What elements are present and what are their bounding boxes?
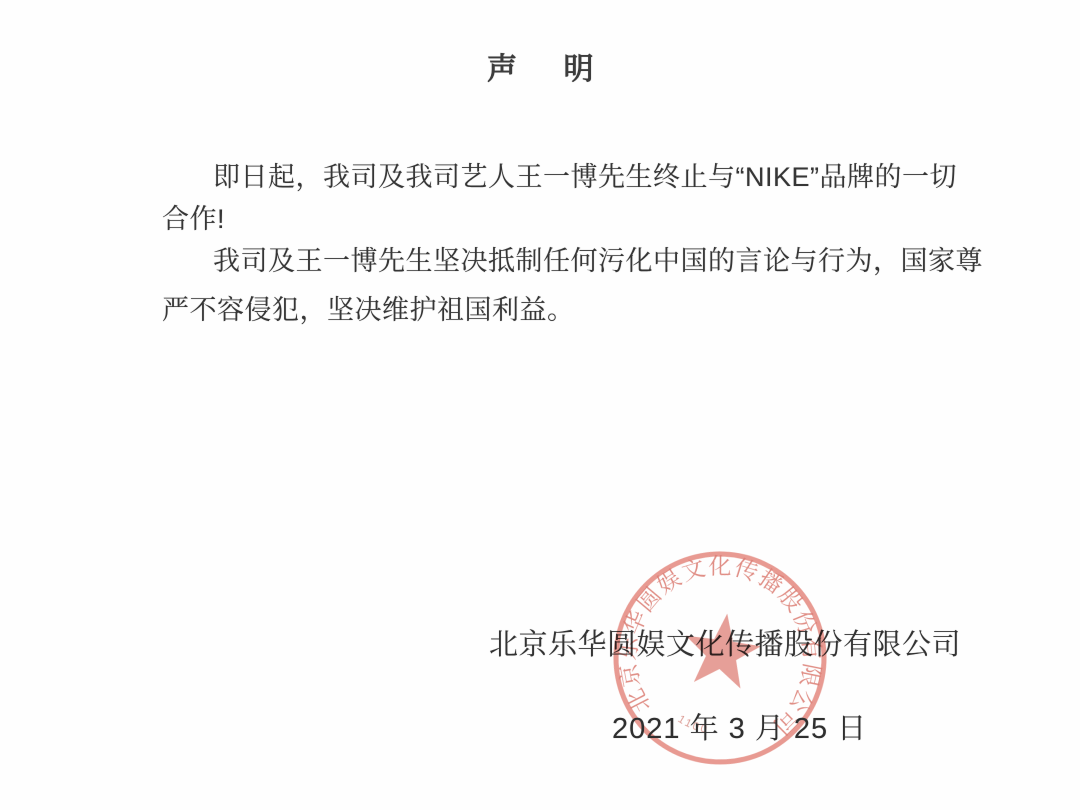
signature-date: 2021 年 3 月 25 日 (612, 706, 867, 747)
document-title: 声明 (487, 53, 640, 86)
paragraph2-line2: 严不容侵犯，坚决维护祖国利益。 (162, 294, 575, 328)
paragraph1-line2: 合作! (162, 203, 225, 237)
company-seal-stamp: 北京乐华圆娱文化传播股份有限公司 1100 (584, 522, 855, 793)
paragraph1-line1: 即日起，我司及我司艺人王一博先生终止与“NIKE”品牌的一切 (213, 161, 957, 195)
statement-document: 声明 即日起，我司及我司艺人王一博先生终止与“NIKE”品牌的一切 合作! 我司… (0, 0, 1080, 810)
paragraph2-line1: 我司及王一博先生坚决抵制任何污化中国的言论与行为，国家尊 (213, 245, 983, 279)
star-icon (680, 608, 765, 690)
